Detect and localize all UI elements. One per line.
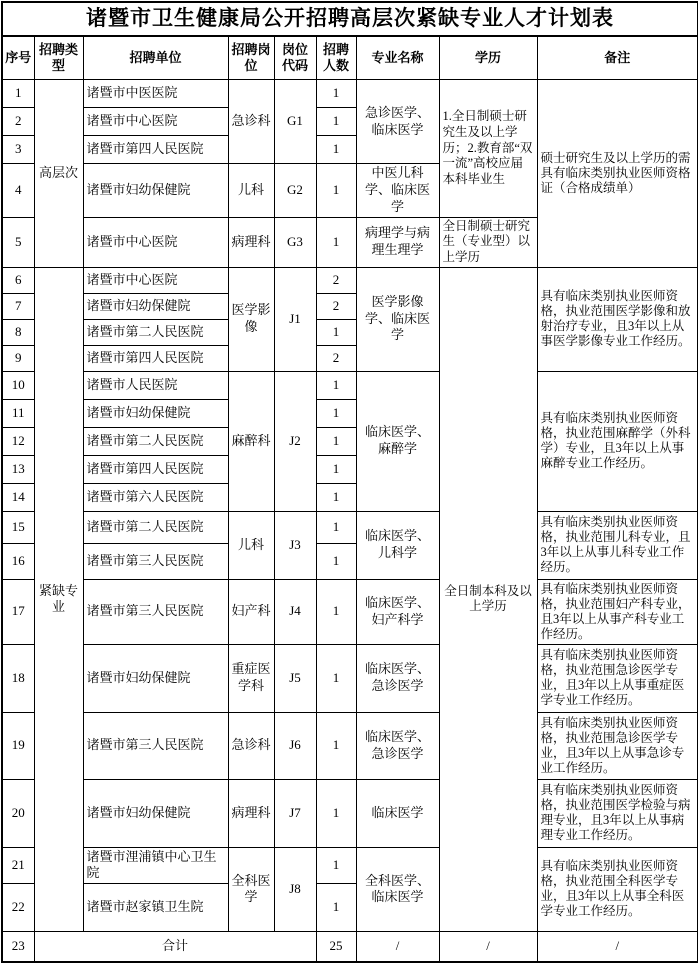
cell-no: 18 <box>2 644 34 712</box>
cell-headcount: 1 <box>316 712 356 779</box>
header-major: 专业名称 <box>356 36 439 80</box>
cell-note: 具有临床类别执业医师资格，执业范围全科医学专业，且3年以上从事全科医学专业工作经… <box>537 847 698 932</box>
cell-headcount: 1 <box>316 399 356 427</box>
cell-major: 临床医学、麻醉学 <box>356 371 439 511</box>
cell-major: 急诊医学、临床医学 <box>356 80 439 164</box>
header-unit: 招聘单位 <box>83 36 228 80</box>
cell-unit: 诸暨市浬浦镇中心卫生院 <box>83 847 228 884</box>
cell-unit: 诸暨市妇幼保健院 <box>83 779 228 847</box>
cell-headcount: 1 <box>316 644 356 712</box>
cell-note: 具有临床类别执业医师资格，执业范围急诊医学专业，且3年以上从事重症医学专业工作经… <box>537 644 698 712</box>
cell-note: 具有临床类别执业医师资格，执业范围儿科专业，且3年以上从事儿科专业工作经历。 <box>537 511 698 579</box>
header-post: 招聘岗位 <box>228 36 274 80</box>
cell-no: 7 <box>2 293 34 319</box>
cell-major: 全科医学、临床医学 <box>356 847 439 932</box>
header-note: 备注 <box>537 36 698 80</box>
cell-major: 临床医学、儿科学 <box>356 511 439 579</box>
cell-post-code: J2 <box>274 371 316 511</box>
cell-headcount: 1 <box>316 847 356 884</box>
cell-note: 具有临床类别执业医师资格，执业范围医学检验与病理专业，且3年以上从事病理专业工作… <box>537 779 698 847</box>
cell-no: 19 <box>2 712 34 779</box>
cell-note: 具有临床类别执业医师资格，执业范围麻醉学（外科学）专业，且3年以上从事麻醉专业工… <box>537 371 698 511</box>
cell-no: 17 <box>2 579 34 644</box>
cell-headcount: 1 <box>316 136 356 164</box>
cell-recruit-type: 高层次 <box>34 80 83 268</box>
total-label: 合计 <box>34 932 316 962</box>
table-row: 19 诸暨市第三人民医院 急诊科 J6 1 临床医学、急诊医学 具有临床类别执业… <box>2 712 698 779</box>
header-post-code: 岗位代码 <box>274 36 316 80</box>
cell-post: 妇产科 <box>228 579 274 644</box>
cell-post: 病理科 <box>228 217 274 267</box>
cell-major: 医学影像学、临床医学 <box>356 267 439 371</box>
cell-unit: 诸暨市第六人民医院 <box>83 483 228 511</box>
cell-no: 15 <box>2 511 34 543</box>
cell-unit: 诸暨市中医医院 <box>83 80 228 108</box>
cell-unit: 诸暨市妇幼保健院 <box>83 399 228 427</box>
cell-post: 麻醉科 <box>228 371 274 511</box>
table-row: 21 诸暨市浬浦镇中心卫生院 全科医学 J8 1 全科医学、临床医学 具有临床类… <box>2 847 698 884</box>
cell-unit: 诸暨市第三人民医院 <box>83 712 228 779</box>
cell-no: 4 <box>2 164 34 218</box>
table-row: 17 诸暨市第三人民医院 妇产科 J4 1 临床医学、妇产科学 具有临床类别执业… <box>2 579 698 644</box>
cell-no: 23 <box>2 932 34 962</box>
cell-unit: 诸暨市第三人民医院 <box>83 579 228 644</box>
table-row: 15 诸暨市第二人民医院 儿科 J3 1 临床医学、儿科学 具有临床类别执业医师… <box>2 511 698 543</box>
cell-headcount: 1 <box>316 455 356 483</box>
cell-post: 全科医学 <box>228 847 274 932</box>
cell-post-code: G1 <box>274 80 316 164</box>
cell-major: 临床医学、急诊医学 <box>356 712 439 779</box>
cell-recruit-type: 紧缺专业 <box>34 267 83 932</box>
cell-major: 中医儿科学、临床医学 <box>356 164 439 218</box>
cell-unit: 诸暨市妇幼保健院 <box>83 164 228 218</box>
cell-post-code: G3 <box>274 217 316 267</box>
cell-unit: 诸暨市妇幼保健院 <box>83 644 228 712</box>
cell-no: 2 <box>2 108 34 136</box>
table-row: 18 诸暨市妇幼保健院 重症医学科 J5 1 临床医学、急诊医学 具有临床类别执… <box>2 644 698 712</box>
cell-unit: 诸暨市第三人民医院 <box>83 543 228 579</box>
cell-note: 具有临床类别执业医师资格，执业范围急诊医学专业，且3年以上从事急诊专业工作经历。 <box>537 712 698 779</box>
table-row: 6 紧缺专业 诸暨市中心医院 医学影像 J1 2 医学影像学、临床医学 全日制本… <box>2 267 698 293</box>
header-degree: 学历 <box>439 36 537 80</box>
cell-post-code: J5 <box>274 644 316 712</box>
header-row: 序号 招聘类型 招聘单位 招聘岗位 岗位代码 招聘人数 专业名称 学历 备注 <box>2 36 698 80</box>
cell-unit: 诸暨市中心医院 <box>83 267 228 293</box>
cell-note: 硕士研究生及以上学历的需具有临床类别执业医师资格证（合格成绩单） <box>537 80 698 268</box>
cell-note: 具有临床类别执业医师资格，执业范围妇产科专业，且3年以上从事产科专业工作经历。 <box>537 579 698 644</box>
cell-unit: 诸暨市第四人民医院 <box>83 455 228 483</box>
cell-major: 临床医学、妇产科学 <box>356 579 439 644</box>
cell-no: 11 <box>2 399 34 427</box>
cell-unit: 诸暨市第二人民医院 <box>83 427 228 455</box>
cell-headcount: 1 <box>316 884 356 932</box>
cell-post: 医学影像 <box>228 267 274 371</box>
cell-headcount: 1 <box>316 579 356 644</box>
table-row: 10 诸暨市人民医院 麻醉科 J2 1 临床医学、麻醉学 具有临床类别执业医师资… <box>2 371 698 399</box>
cell-no: 9 <box>2 345 34 371</box>
cell-no: 16 <box>2 543 34 579</box>
cell-no: 13 <box>2 455 34 483</box>
cell-unit: 诸暨市妇幼保健院 <box>83 293 228 319</box>
header-recruit-type: 招聘类型 <box>34 36 83 80</box>
cell-headcount: 1 <box>316 371 356 399</box>
cell-headcount: 1 <box>316 483 356 511</box>
cell-post: 病理科 <box>228 779 274 847</box>
cell-headcount: 2 <box>316 345 356 371</box>
recruitment-plan-table: 诸暨市卫生健康局公开招聘高层次紧缺专业人才计划表 序号 招聘类型 招聘单位 招聘… <box>1 1 698 963</box>
cell-unit: 诸暨市中心医院 <box>83 108 228 136</box>
header-no: 序号 <box>2 36 34 80</box>
cell-post-code: J6 <box>274 712 316 779</box>
cell-no: 20 <box>2 779 34 847</box>
cell-headcount: 1 <box>316 108 356 136</box>
cell-post: 急诊科 <box>228 712 274 779</box>
total-row: 23 合计 25 / / / <box>2 932 698 962</box>
cell-no: 3 <box>2 136 34 164</box>
cell-no: 10 <box>2 371 34 399</box>
cell-post: 急诊科 <box>228 80 274 164</box>
cell-degree: 全日制硕士研究生（专业型）以上学历 <box>439 217 537 267</box>
cell-headcount: 1 <box>316 217 356 267</box>
cell-headcount: 1 <box>316 164 356 218</box>
cell-headcount: 2 <box>316 293 356 319</box>
cell-post-code: J4 <box>274 579 316 644</box>
cell-no: 14 <box>2 483 34 511</box>
cell-headcount: 2 <box>316 267 356 293</box>
total-note: / <box>537 932 698 962</box>
cell-degree: 1.全日制硕士研究生及以上学历；2.教育部“双一流”高校应届本科毕业生 <box>439 80 537 218</box>
cell-headcount: 1 <box>316 427 356 455</box>
cell-post-code: J8 <box>274 847 316 932</box>
cell-headcount: 1 <box>316 80 356 108</box>
cell-major: 临床医学 <box>356 779 439 847</box>
cell-no: 22 <box>2 884 34 932</box>
cell-post-code: J1 <box>274 267 316 371</box>
cell-degree: 全日制本科及以上学历 <box>439 267 537 932</box>
cell-no: 12 <box>2 427 34 455</box>
cell-no: 8 <box>2 319 34 345</box>
header-headcount: 招聘人数 <box>316 36 356 80</box>
page-title: 诸暨市卫生健康局公开招聘高层次紧缺专业人才计划表 <box>2 2 698 36</box>
table-row: 1 高层次 诸暨市中医医院 急诊科 G1 1 急诊医学、临床医学 1.全日制硕士… <box>2 80 698 108</box>
cell-unit: 诸暨市第四人民医院 <box>83 136 228 164</box>
cell-no: 1 <box>2 80 34 108</box>
cell-post-code: G2 <box>274 164 316 218</box>
total-degree: / <box>439 932 537 962</box>
cell-unit: 诸暨市第二人民医院 <box>83 319 228 345</box>
cell-unit: 诸暨市第四人民医院 <box>83 345 228 371</box>
cell-no: 21 <box>2 847 34 884</box>
cell-post: 儿科 <box>228 511 274 579</box>
cell-post: 重症医学科 <box>228 644 274 712</box>
total-headcount: 25 <box>316 932 356 962</box>
cell-unit: 诸暨市人民医院 <box>83 371 228 399</box>
cell-post-code: J3 <box>274 511 316 579</box>
cell-headcount: 1 <box>316 779 356 847</box>
cell-unit: 诸暨市第二人民医院 <box>83 511 228 543</box>
total-major: / <box>356 932 439 962</box>
cell-headcount: 1 <box>316 511 356 543</box>
cell-headcount: 1 <box>316 543 356 579</box>
cell-post: 儿科 <box>228 164 274 218</box>
cell-no: 5 <box>2 217 34 267</box>
cell-no: 6 <box>2 267 34 293</box>
cell-major: 病理学与病理生理学 <box>356 217 439 267</box>
cell-note: 具有临床类别执业医师资格，执业范围医学影像和放射治疗专业，且3年以上从事医学影像… <box>537 267 698 371</box>
cell-headcount: 1 <box>316 319 356 345</box>
cell-unit: 诸暨市中心医院 <box>83 217 228 267</box>
cell-major: 临床医学、急诊医学 <box>356 644 439 712</box>
cell-unit: 诸暨市赵家镇卫生院 <box>83 884 228 932</box>
cell-post-code: J7 <box>274 779 316 847</box>
title-row: 诸暨市卫生健康局公开招聘高层次紧缺专业人才计划表 <box>2 2 698 36</box>
table-row: 20 诸暨市妇幼保健院 病理科 J7 1 临床医学 具有临床类别执业医师资格，执… <box>2 779 698 847</box>
